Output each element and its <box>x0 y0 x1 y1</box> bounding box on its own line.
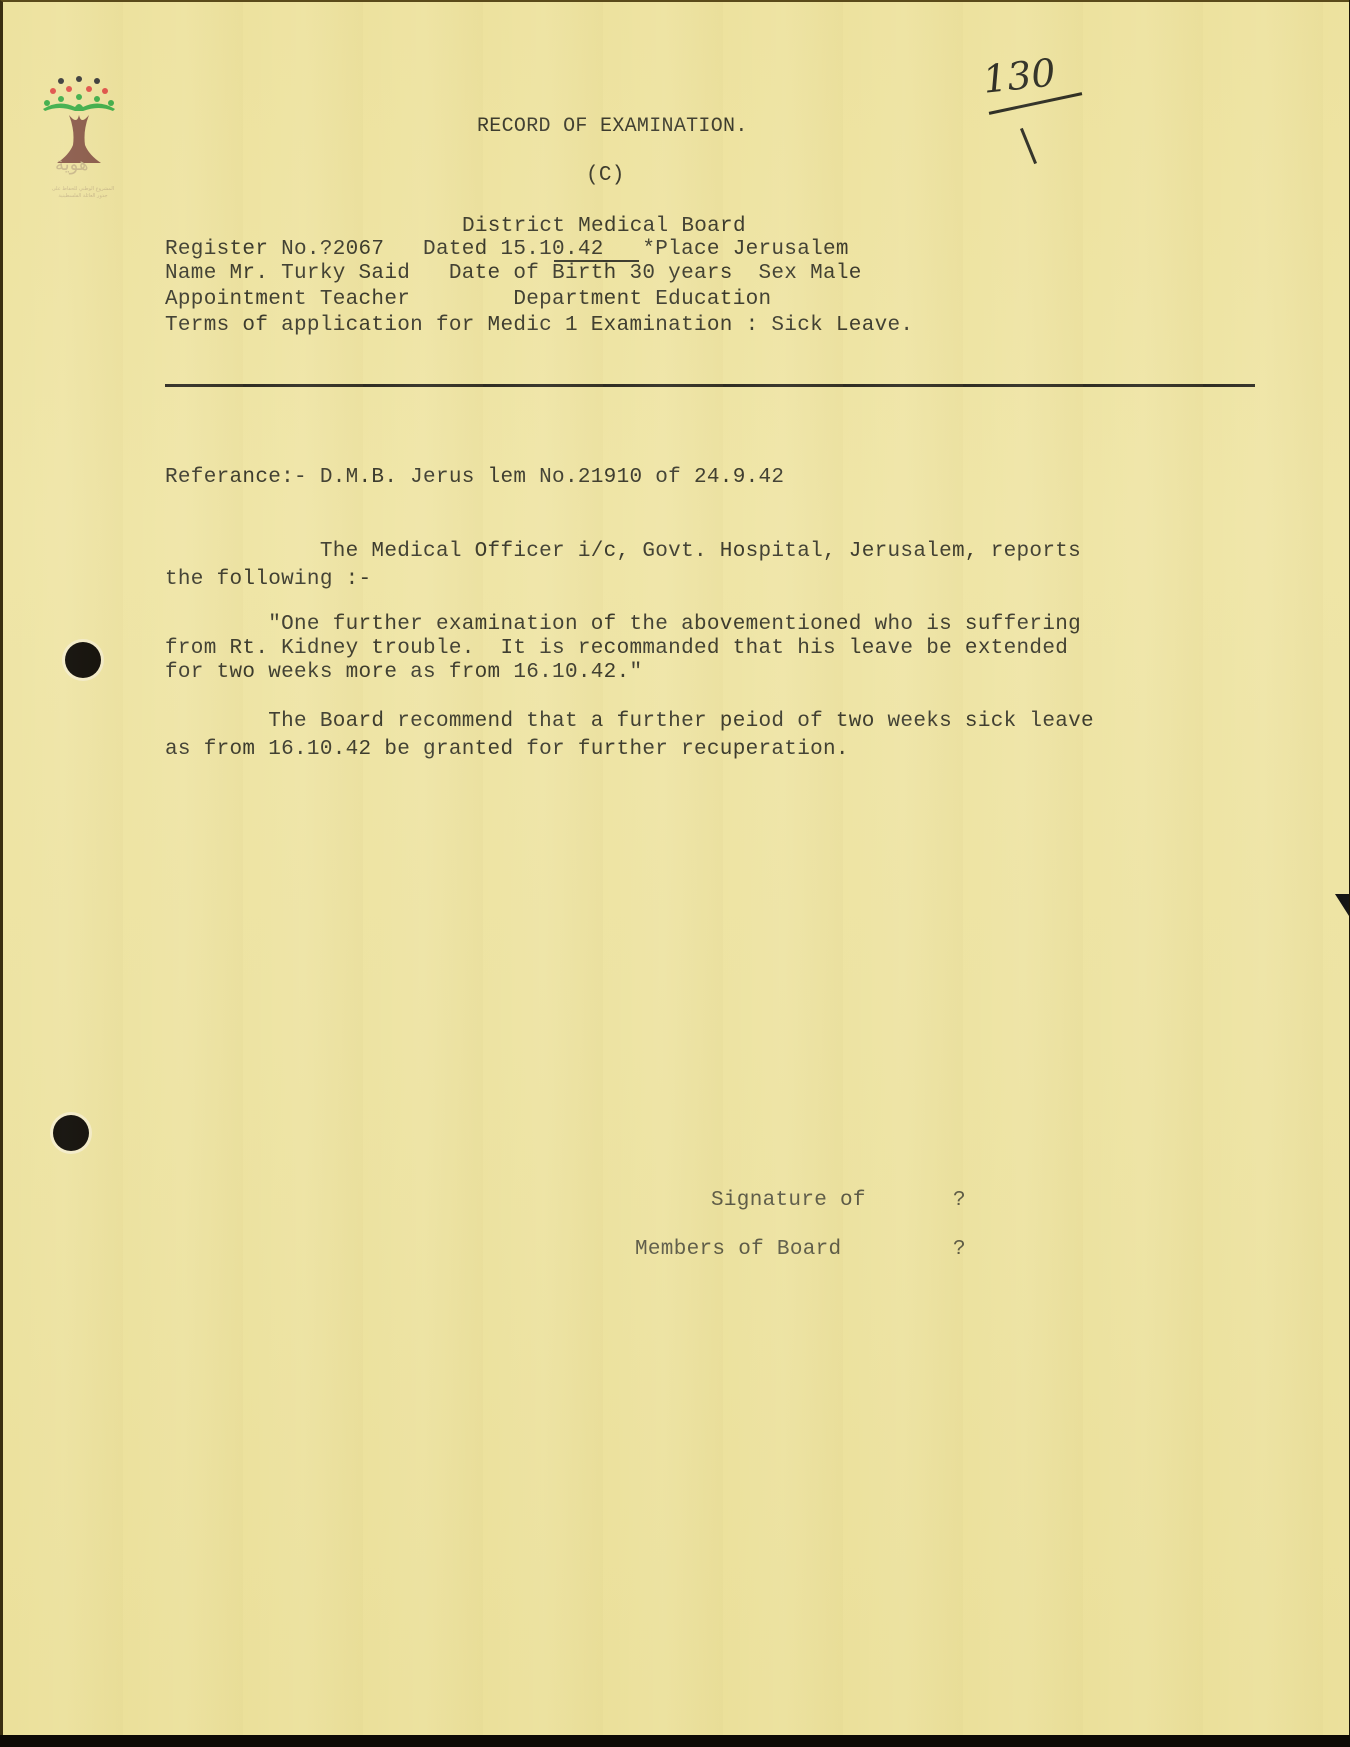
logo-title: هوية <box>55 154 88 175</box>
signature-label: Signature of <box>711 1189 866 1212</box>
header-line-appointment: Appointment Teacher Department Education <box>165 288 771 311</box>
paragraph-3-line-1: The Board recommend that a further peiod… <box>165 710 1094 733</box>
family-tree-icon <box>39 50 119 200</box>
signature-mark: ? <box>953 1189 966 1212</box>
header-line-register: Register No.?2067 Dated 15.10.42 *Place … <box>165 238 849 261</box>
paragraph-2-line-2: from Rt. Kidney trouble. It is recommand… <box>165 637 1068 660</box>
header-line-name: Name Mr. Turky Said Date of Birth 30 yea… <box>165 262 862 285</box>
members-mark: ? <box>953 1238 966 1261</box>
divider-line <box>165 384 1255 387</box>
members-label: Members of Board <box>635 1238 841 1261</box>
logo-subtitle: المشروع الوطني للحفاظ على جذور العائلة ا… <box>33 186 133 200</box>
reference-line: Referance:- D.M.B. Jerus lem No.21910 of… <box>165 466 784 489</box>
paragraph-2-line-3: for two weeks more as from 16.10.42." <box>165 661 642 684</box>
paragraph-1-line-2: the following :- <box>165 568 371 591</box>
paper-corner-tear <box>1335 894 1349 916</box>
paragraph-2-line-1: "One further examination of the abovemen… <box>165 613 1081 636</box>
paragraph-3-line-2: as from 16.10.42 be granted for further … <box>165 738 849 761</box>
document-page: هوية المشروع الوطني للحفاظ على جذور العا… <box>0 0 1349 1737</box>
folio-sub-mark <box>1020 128 1037 164</box>
paragraph-1-line-1: The Medical Officer i/c, Govt. Hospital,… <box>165 540 1081 563</box>
punch-hole-top <box>65 642 101 678</box>
folio-number: 130 <box>981 50 1058 101</box>
document-title: RECORD OF EXAMINATION. <box>477 115 748 138</box>
scan-bottom-edge <box>0 1735 1350 1747</box>
punch-hole-bottom <box>53 1115 89 1151</box>
board-name: District Medical Board <box>462 215 746 238</box>
form-code: (C) <box>586 164 625 187</box>
header-line-terms: Terms of application for Medic 1 Examina… <box>165 314 913 337</box>
